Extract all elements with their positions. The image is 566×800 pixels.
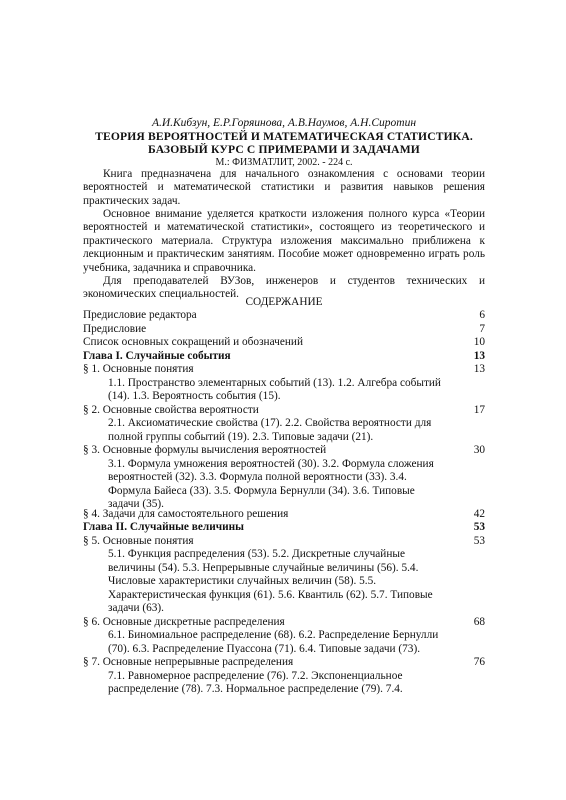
toc-entry-title: Глава II. Случайные величины [83, 521, 244, 535]
toc-subsections: задачи (63). [108, 602, 164, 616]
toc-entry-page: 7 [479, 323, 485, 337]
toc-subsections: величины (54). 5.3. Непрерывные случайны… [108, 562, 418, 576]
toc-entry-page: 42 [474, 508, 485, 522]
toc-entry-title: Список основных сокращений и обозначений [83, 336, 303, 350]
toc-entry-title: Предисловие [83, 323, 146, 337]
abstract-line: Для преподавателей ВУЗов, инженеров и ст… [83, 275, 485, 288]
document-page: А.И.Кибзун, Е.Р.Горяинова, А.В.Наумов, А… [0, 0, 566, 800]
toc-entry-page: 17 [474, 404, 485, 418]
toc-entry-page: 76 [474, 656, 485, 670]
toc-entry-title: § 5. Основные понятия [83, 535, 194, 549]
toc-entry-title: § 1. Основные понятия [83, 363, 194, 377]
toc-entry-title: § 2. Основные свойства вероятности [83, 404, 259, 418]
toc-entry-title: Предисловие редактора [83, 309, 197, 323]
abstract-line: лекционным и практическим занятиям. Посо… [83, 248, 485, 261]
toc-subsections: 7.1. Равномерное распределение (76). 7.2… [108, 670, 403, 684]
toc-subsections: полной группы событий (19). 2.3. Типовые… [108, 431, 373, 445]
toc-entry-title: § 6. Основные дискретные распределения [83, 616, 285, 630]
toc-subsections: 5.1. Функция распределения (53). 5.2. Ди… [108, 548, 405, 562]
abstract-line: Книга предназначена для начального ознак… [83, 168, 485, 181]
book-authors: А.И.Кибзун, Е.Р.Горяинова, А.В.Наумов, А… [83, 117, 485, 130]
book-title-line-1: ТЕОРИЯ ВЕРОЯТНОСТЕЙ И МАТЕМАТИЧЕСКАЯ СТА… [83, 130, 485, 143]
toc-entry-page: 13 [474, 363, 485, 377]
toc-subsections: 1.1. Пространство элементарных событий (… [108, 377, 441, 391]
toc-entry-title: § 7. Основные непрерывные распределения [83, 656, 293, 670]
toc-entry-title: § 4. Задачи для самостоятельного решения [83, 508, 288, 522]
abstract-paragraph-2: Основное внимание уделяется краткости из… [83, 208, 485, 275]
toc-subsections: 3.1. Формула умножения вероятностей (30)… [108, 458, 434, 472]
toc-entry-page: 10 [474, 336, 485, 350]
book-title-line-2: БАЗОВЫЙ КУРС С ПРИМЕРАМИ И ЗАДАЧАМИ [83, 143, 485, 156]
toc-heading: СОДЕРЖАНИЕ [83, 296, 485, 309]
abstract-line: практического материала. Структура излож… [83, 235, 485, 248]
abstract-line: учебника, задачника и справочника. [83, 262, 485, 275]
toc-subsections: вероятностей (32). 3.3. Формула полной в… [108, 471, 407, 485]
toc-entry-page: 68 [474, 616, 485, 630]
toc-subsections: распределение (78). 7.3. Нормальное расп… [108, 683, 403, 697]
abstract-line: вероятностей и математической статистики… [83, 221, 485, 234]
toc-entry-page: 30 [474, 444, 485, 458]
toc-subsections: 2.1. Аксиоматические свойства (17). 2.2.… [108, 417, 431, 431]
toc-entry-page: 13 [474, 350, 485, 364]
toc-entry-title: Глава I. Случайные события [83, 350, 231, 364]
toc-entry-page: 6 [479, 309, 485, 323]
toc-subsections: 6.1. Биномиальное распределение (68). 6.… [108, 629, 438, 643]
toc-entry-title: § 3. Основные формулы вычисления вероятн… [83, 444, 326, 458]
abstract-line: Основное внимание уделяется краткости из… [83, 208, 485, 221]
toc-entry-page: 53 [474, 535, 485, 549]
abstract-paragraph-1: Книга предназначена для начального ознак… [83, 168, 485, 208]
toc-subsections: Числовые характеристики случайных величи… [108, 575, 376, 589]
toc-subsections: (70). 6.3. Распределение Пуассона (71). … [108, 643, 420, 657]
toc-subsections: (14). 1.3. Вероятность события (15). [108, 390, 281, 404]
toc-subsections: Формула Байеса (33). 3.5. Формула Бернул… [108, 485, 415, 499]
abstract-line: практических задач. [83, 195, 485, 208]
toc-entry-page: 53 [474, 521, 485, 535]
abstract-line: вероятностей и математической статистики… [83, 181, 485, 194]
toc-subsections: Характеристическая функция (61). 5.6. Кв… [108, 589, 433, 603]
